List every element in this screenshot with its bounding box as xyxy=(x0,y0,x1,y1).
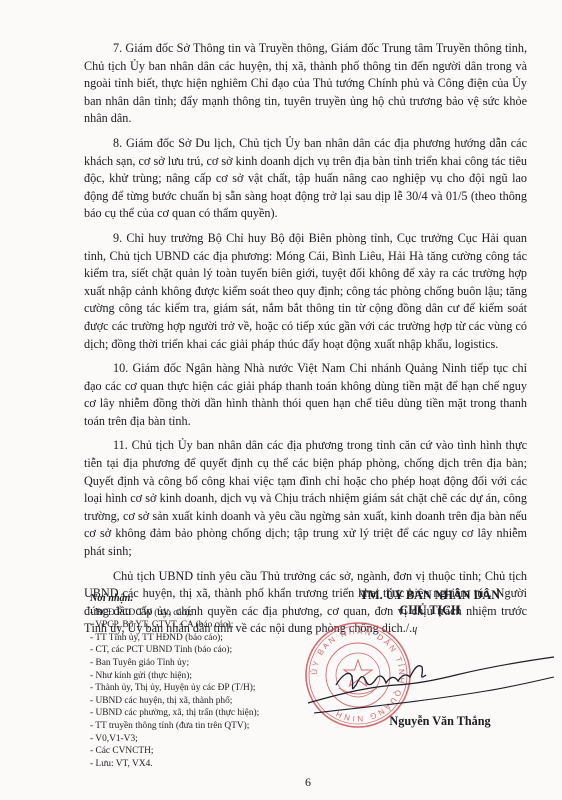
recipient-item: - UBND các phường, xã, thị trấn (thực hi… xyxy=(90,707,300,720)
recipient-item: - Ban Tuyên giáo Tỉnh ủy; xyxy=(90,657,300,670)
recipient-item: - V0,V1-V3; xyxy=(90,733,300,746)
paragraph-8: 8. Giám đốc Sở Du lịch, Chủ tịch Ủy ban … xyxy=(84,135,527,223)
recipient-item: - VPCP, Bộ YT, GTVT, CA (báo cáo); xyxy=(90,619,300,632)
recipient-item: - UBND các huyện, thị xã, thành phố; xyxy=(90,695,300,708)
recipients-title: Nơi nhận: xyxy=(90,593,300,606)
paragraph-11: 11. Chủ tịch Ủy ban nhân dân các địa phư… xyxy=(84,437,527,560)
paragraph-9: 9. Chỉ huy trưởng Bộ Chỉ huy Bộ đội Biên… xyxy=(84,230,527,353)
recipient-item: - TT Tỉnh ủy, TT HĐND (báo cáo); xyxy=(90,632,300,645)
recipient-item: - TT truyền thông tỉnh (đưa tin trên QTV… xyxy=(90,720,300,733)
signature-org: TM. ỦY BAN NHÂN DÂN xyxy=(330,588,530,603)
recipient-item: - BCĐ PCD TW (báo cáo); xyxy=(90,607,300,620)
recipient-item: - CT, các PCT UBND Tỉnh (báo cáo); xyxy=(90,644,300,657)
paragraph-10: 10. Giám đốc Ngân hàng Nhà nước Việt Nam… xyxy=(84,360,527,430)
paragraph-7: 7. Giám đốc Sở Thông tin và Truyền thông… xyxy=(84,40,527,128)
recipient-item: - Các CVNCTH; xyxy=(90,745,300,758)
recipients-list: - BCĐ PCD TW (báo cáo);- VPCP, Bộ YT, GT… xyxy=(90,607,300,771)
document-body: 7. Giám đốc Sở Thông tin và Truyền thông… xyxy=(84,40,527,639)
recipient-item: - Lưu: VT, VX4. xyxy=(90,758,300,771)
recipient-item: - Thành ủy, Thị ủy, Huyện ủy các ĐP (T/H… xyxy=(90,682,300,695)
signer-name: Nguyễn Văn Thắng xyxy=(360,714,520,729)
signature-icon xyxy=(306,655,556,715)
signature-header: TM. ỦY BAN NHÂN DÂN CHỦ TỊCH xyxy=(330,588,530,618)
signature-title: CHỦ TỊCH xyxy=(330,603,530,618)
document-page: 7. Giám đốc Sở Thông tin và Truyền thông… xyxy=(0,0,562,800)
recipient-item: - Như kính gửi (thực hiện); xyxy=(90,670,300,683)
recipients-block: Nơi nhận: - BCĐ PCD TW (báo cáo);- VPCP,… xyxy=(90,593,300,770)
page-number: 6 xyxy=(305,775,311,790)
